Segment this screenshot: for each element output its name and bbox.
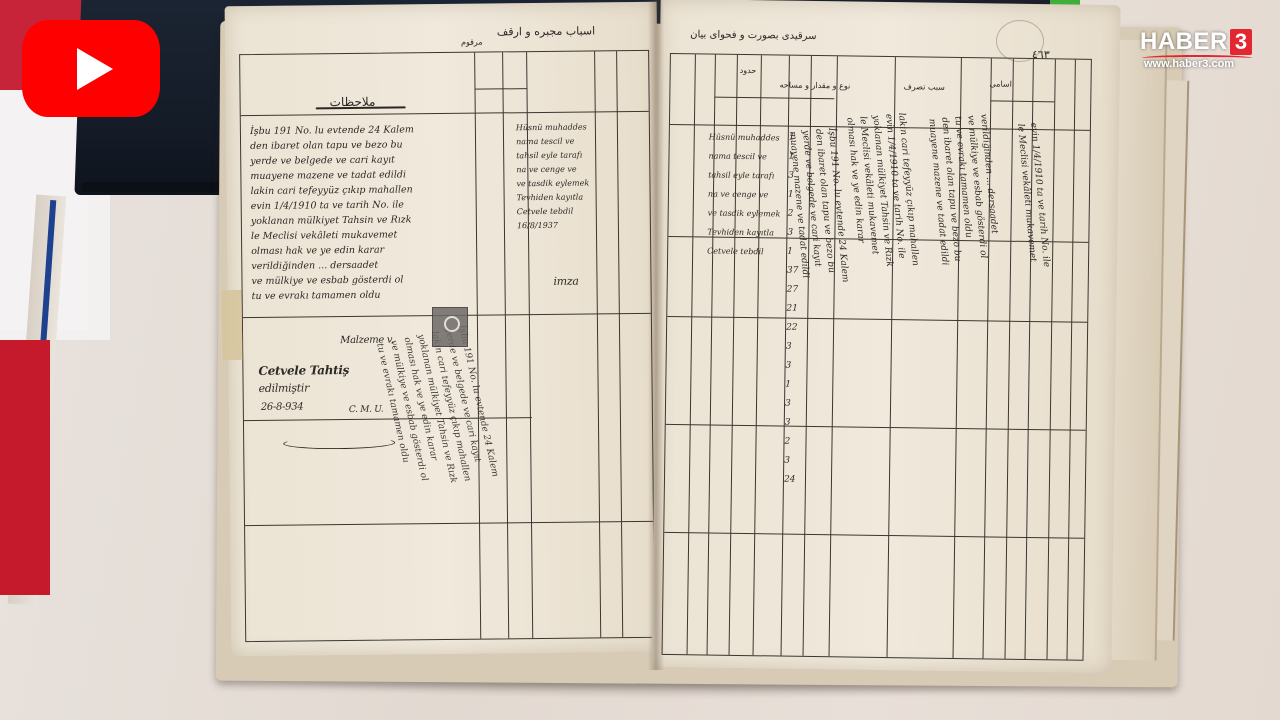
youtube-play-icon bbox=[77, 48, 113, 90]
youtube-logo[interactable] bbox=[22, 20, 160, 117]
revenue-stamp bbox=[432, 307, 468, 347]
column-header-type: نوع و مقدار و مساحه bbox=[779, 80, 850, 90]
vertical-entry-3: verildiğinden ... dersaadetve mülkiye ve… bbox=[924, 113, 1002, 266]
left-page-header-note: مرقوم bbox=[461, 38, 483, 47]
signature: imza bbox=[553, 275, 578, 288]
watermark-brand: HABER bbox=[1140, 28, 1228, 56]
book-gutter bbox=[648, 0, 664, 670]
column-header-names: اسامى bbox=[989, 79, 1011, 88]
faded-seal bbox=[996, 20, 1044, 62]
transfer-note-line1: Cetvele Tahtiş bbox=[258, 363, 349, 378]
watermark-url: www.haber3.com bbox=[1144, 58, 1234, 70]
left-page-header-title: اسباب مجبره و ارقف bbox=[497, 24, 595, 38]
red-folder bbox=[0, 340, 50, 595]
right-page-header-title: سرقيدى بصورت و فحواى بيان bbox=[690, 29, 817, 42]
column-header-cause: سبب تصرف bbox=[903, 82, 945, 92]
column-header-hudud: حدود bbox=[740, 66, 757, 75]
left-entry-text: İşbu 191 No. lu evtende 24 Kalemden ibar… bbox=[250, 122, 416, 304]
property-entries: Hüsnü muhaddesnama tescil vetahsil eyle … bbox=[707, 128, 782, 262]
transfer-note-line2: edilmiştir bbox=[259, 381, 310, 395]
ledger-right-page: سرقيدى بصورت و فحواى بيان ٤٦٣ حدود نوع و… bbox=[651, 0, 1120, 673]
vertical-entry-2: lakin cari tefeyyüz çıkıp mahallenevin 1… bbox=[842, 112, 921, 271]
transfer-initials: C. M. U. bbox=[349, 405, 384, 415]
middle-column-entry: Hüsnü muhaddesnama tescil vetahsil eyle … bbox=[516, 120, 590, 233]
watermark-brand-number: 3 bbox=[1230, 29, 1252, 55]
tape-strip bbox=[221, 290, 242, 360]
transfer-date: 26-8-934 bbox=[261, 401, 304, 412]
haber3-watermark: HABER3 www.haber3.com bbox=[1140, 28, 1252, 56]
